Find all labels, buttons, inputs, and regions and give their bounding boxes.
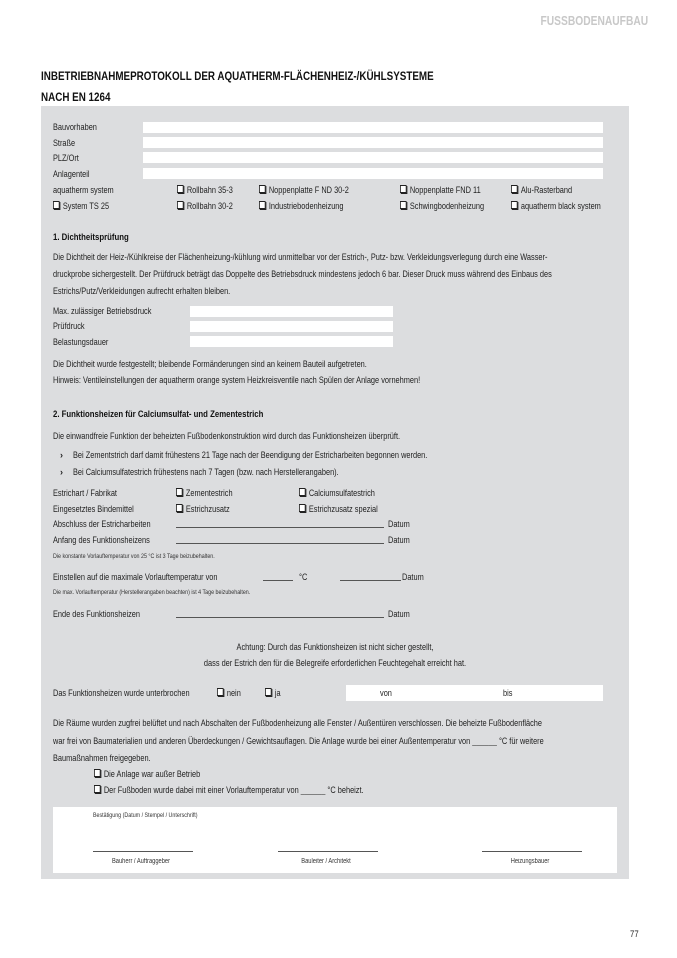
checkbox-fussboden-beheizt[interactable]: Der Fußboden wurde dabei mit einer Vorla… <box>94 784 364 796</box>
label-datum: Datum <box>402 571 424 583</box>
label-anlagenteil: Anlagenteil <box>53 168 90 180</box>
label-celsius: °C <box>299 571 307 583</box>
checkbox-icon <box>177 185 184 193</box>
section1-statement: Die Dichtheit wurde festgestellt; bleibe… <box>53 356 367 373</box>
checkbox-system-ts-25[interactable]: System TS 25 <box>53 200 109 212</box>
section1-intro-line-1: Die Dichtheit der Heiz-/Kühlkreise der F… <box>53 249 547 266</box>
running-head: FUSSBODENAUFBAU <box>541 14 634 28</box>
label-max-vorlauftemperatur: Einstellen auf die maximale Vorlauftempe… <box>53 571 217 583</box>
bauvorhaben-field[interactable] <box>143 122 603 133</box>
bullet-chevron-icon: › <box>60 464 63 481</box>
checkbox-estrichzusatz-spezial[interactable]: Estrichzusatz spezial <box>299 503 378 515</box>
checkbox-icon <box>94 785 101 793</box>
section1-intro-line-2: druckprobe sichergestellt. Der Prüfdruck… <box>53 266 552 283</box>
checkbox-noppenplatte-fnd-30-2[interactable]: Noppenplatte F ND 30-2 <box>259 184 349 196</box>
release-line-3: Baumaßnahmen freigegeben. <box>53 750 151 767</box>
signatory-bauherr: Bauherr / Auftraggeber <box>92 858 190 865</box>
page-title: INBETRIEBNAHMEPROTOKOLL DER AQUATHERM-FL… <box>41 69 434 83</box>
anfang-date-field[interactable] <box>176 534 384 544</box>
signatory-heizungsbauer: Heizungsbauer <box>481 858 579 865</box>
label-belastungsdauer: Belastungsdauer <box>53 336 108 348</box>
checkbox-nein[interactable]: nein <box>217 687 241 699</box>
label-estrichart: Estrichart / Fabrikat <box>53 487 117 499</box>
checkbox-icon <box>217 688 224 696</box>
checkbox-alu-rasterband[interactable]: Alu-Rasterband <box>511 184 572 196</box>
section1-heading: 1. Dichtheitsprüfung <box>53 232 129 243</box>
signature-line-heizungsbauer[interactable] <box>482 851 582 852</box>
max-temp-date-field[interactable] <box>340 571 401 581</box>
note-constant-temperature: Die konstante Vorlauftemperatur von 25 °… <box>53 553 215 560</box>
checkbox-aquatherm-black-system[interactable]: aquatherm black system <box>511 200 601 212</box>
label-plz-ort: PLZ/Ort <box>53 152 79 164</box>
page-number: 77 <box>630 929 639 940</box>
belastungsdauer-field[interactable] <box>190 336 393 347</box>
pruefdruck-field[interactable] <box>190 321 393 332</box>
bullet-chevron-icon: › <box>60 447 63 464</box>
signature-line-bauherr[interactable] <box>93 851 193 852</box>
ende-date-field[interactable] <box>176 608 384 618</box>
checkbox-icon <box>259 201 266 209</box>
checkbox-icon <box>400 185 407 193</box>
anlagenteil-field[interactable] <box>143 168 603 179</box>
abschluss-date-field[interactable] <box>176 518 384 528</box>
checkbox-icon <box>176 504 183 512</box>
label-funktionsheizen-unterbrochen: Das Funktionsheizen wurde unterbrochen <box>53 687 190 699</box>
checkbox-icon <box>299 504 306 512</box>
label-max-betriebsdruck: Max. zulässiger Betriebsdruck <box>53 305 151 317</box>
checkbox-zementestrich[interactable]: Zementestrich <box>176 487 233 499</box>
label-abschluss-estricharbeiten: Abschluss der Estricharbeiten <box>53 518 151 530</box>
checkbox-icon <box>511 185 518 193</box>
checkbox-icon <box>94 769 101 777</box>
label-pruefdruck: Prüfdruck <box>53 320 85 332</box>
warning-line-1: Achtung: Durch das Funktionsheizen ist n… <box>94 639 576 656</box>
checkbox-icon <box>511 201 518 209</box>
checkbox-icon <box>259 185 266 193</box>
label-datum: Datum <box>388 518 410 530</box>
checkbox-rollbahn-35-3[interactable]: Rollbahn 35-3 <box>177 184 233 196</box>
confirmation-label: Bestätigung (Datum / Stempel / Unterschr… <box>93 812 198 819</box>
section2-bullet-2: Bei Calciumsulfatestrich frühestens nach… <box>73 464 339 481</box>
signature-line-bauleiter[interactable] <box>278 851 378 852</box>
page-subtitle: NACH EN 1264 <box>41 90 110 104</box>
checkbox-industriebodenheizung[interactable]: Industriebodenheizung <box>259 200 344 212</box>
max-betriebsdruck-field[interactable] <box>190 306 393 317</box>
checkbox-icon <box>53 201 60 209</box>
checkbox-rollbahn-30-2[interactable]: Rollbahn 30-2 <box>177 200 233 212</box>
checkbox-icon <box>177 201 184 209</box>
checkbox-schwingbodenheizung[interactable]: Schwingbodenheizung <box>400 200 484 212</box>
signatory-bauleiter: Bauleiter / Architekt <box>277 858 375 865</box>
label-bis: bis <box>503 687 512 699</box>
label-strasse: Straße <box>53 137 75 149</box>
checkbox-ja[interactable]: ja <box>265 687 281 699</box>
label-ende-funktionsheizen: Ende des Funktionsheizen <box>53 608 140 620</box>
checkbox-noppenplatte-fnd-11[interactable]: Noppenplatte FND 11 <box>400 184 481 196</box>
checkbox-estrichzusatz[interactable]: Estrichzusatz <box>176 503 230 515</box>
release-line-1: Die Räume wurden zugfrei belüftet und na… <box>53 715 542 732</box>
checkbox-anlage-ausser-betrieb[interactable]: Die Anlage war außer Betrieb <box>94 768 200 780</box>
release-line-2: war frei von Baumaterialien und anderen … <box>53 733 544 750</box>
label-von: von <box>380 687 392 699</box>
label-aquatherm-system: aquatherm system <box>53 184 114 196</box>
strasse-field[interactable] <box>143 137 603 148</box>
label-bauvorhaben: Bauvorhaben <box>53 121 97 133</box>
checkbox-calciumsulfatestrich[interactable]: Calciumsulfatestrich <box>299 487 375 499</box>
section1-intro-line-3: Estrichs/Putz/Verkleidungen aufrecht erh… <box>53 283 230 300</box>
label-datum: Datum <box>388 534 410 546</box>
label-datum: Datum <box>388 608 410 620</box>
section2-heading: 2. Funktionsheizen für Calciumsulfat- un… <box>53 409 263 420</box>
warning-line-2: dass der Estrich den für die Belegreife … <box>94 655 576 672</box>
max-temp-field[interactable] <box>263 571 293 581</box>
section2-intro: Die einwandfreie Funktion der beheizten … <box>53 428 400 445</box>
checkbox-icon <box>299 488 306 496</box>
label-anfang-funktionsheizen: Anfang des Funktionsheizens <box>53 534 150 546</box>
checkbox-icon <box>400 201 407 209</box>
plz-ort-field[interactable] <box>143 152 603 163</box>
note-max-temperature: Die max. Vorlauftemperatur (Herstelleran… <box>53 589 250 596</box>
label-bindemittel: Eingesetztes Bindemittel <box>53 503 134 515</box>
checkbox-icon <box>265 688 272 696</box>
section2-bullet-1: Bei Zementstrich darf damit frühestens 2… <box>73 447 427 464</box>
section1-note: Hinweis: Ventileinstellungen der aquathe… <box>53 372 420 389</box>
checkbox-icon <box>176 488 183 496</box>
